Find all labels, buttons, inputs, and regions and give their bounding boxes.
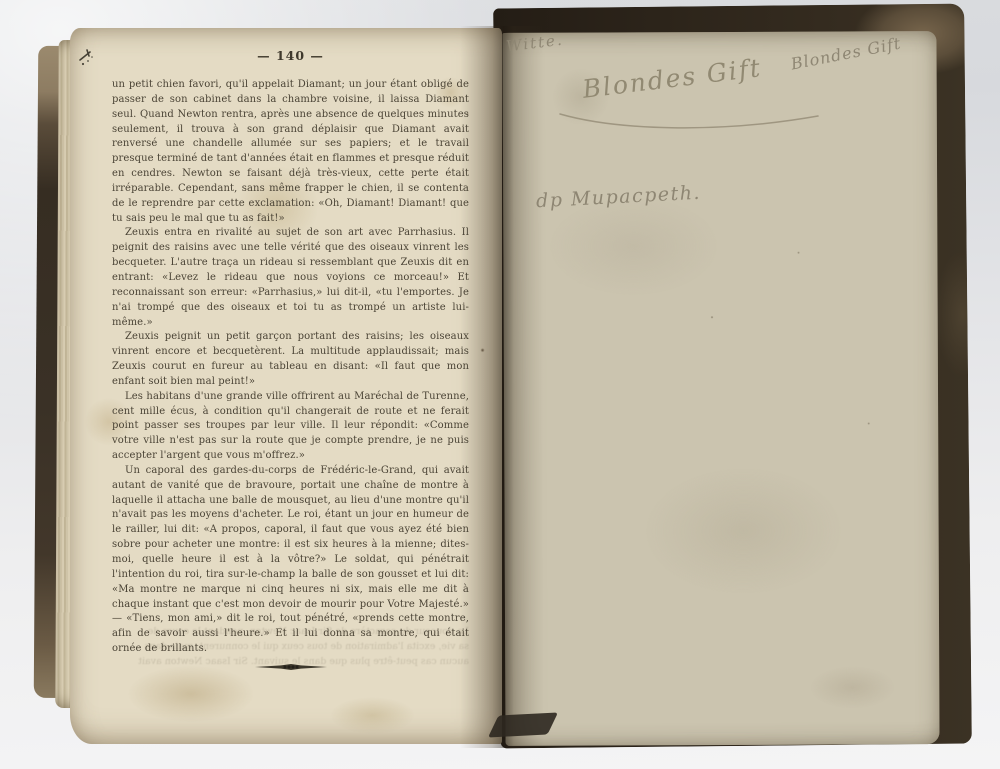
ink-mark-icon — [74, 44, 104, 74]
paper-stains — [502, 31, 939, 746]
paragraph-turenne: Les habitans d'une grande ville offriren… — [112, 390, 469, 464]
page-number: — 140 — — [112, 48, 469, 63]
handwritten-underline-stroke — [556, 104, 826, 136]
right-page — [502, 31, 939, 746]
paragraph-zeuxis-garcon: Zeuxis peignit un petit garçon portant d… — [112, 330, 469, 389]
printed-text-block: — 140 — un petit chien favori, qu'il app… — [112, 48, 469, 672]
section-divider-icon — [255, 662, 327, 672]
book-photo: La douceur du caractère de Sir Isaac New… — [0, 0, 1000, 769]
paragraph-newton-diamant: un petit chien favori, qu'il appelait Di… — [112, 78, 469, 226]
paragraph-zeuxis-parrhasius: Zeuxis entra en rivalité au sujet de son… — [112, 226, 469, 330]
paragraph-caporal-montre: Un caporal des gardes-du-corps de Frédér… — [112, 464, 469, 657]
